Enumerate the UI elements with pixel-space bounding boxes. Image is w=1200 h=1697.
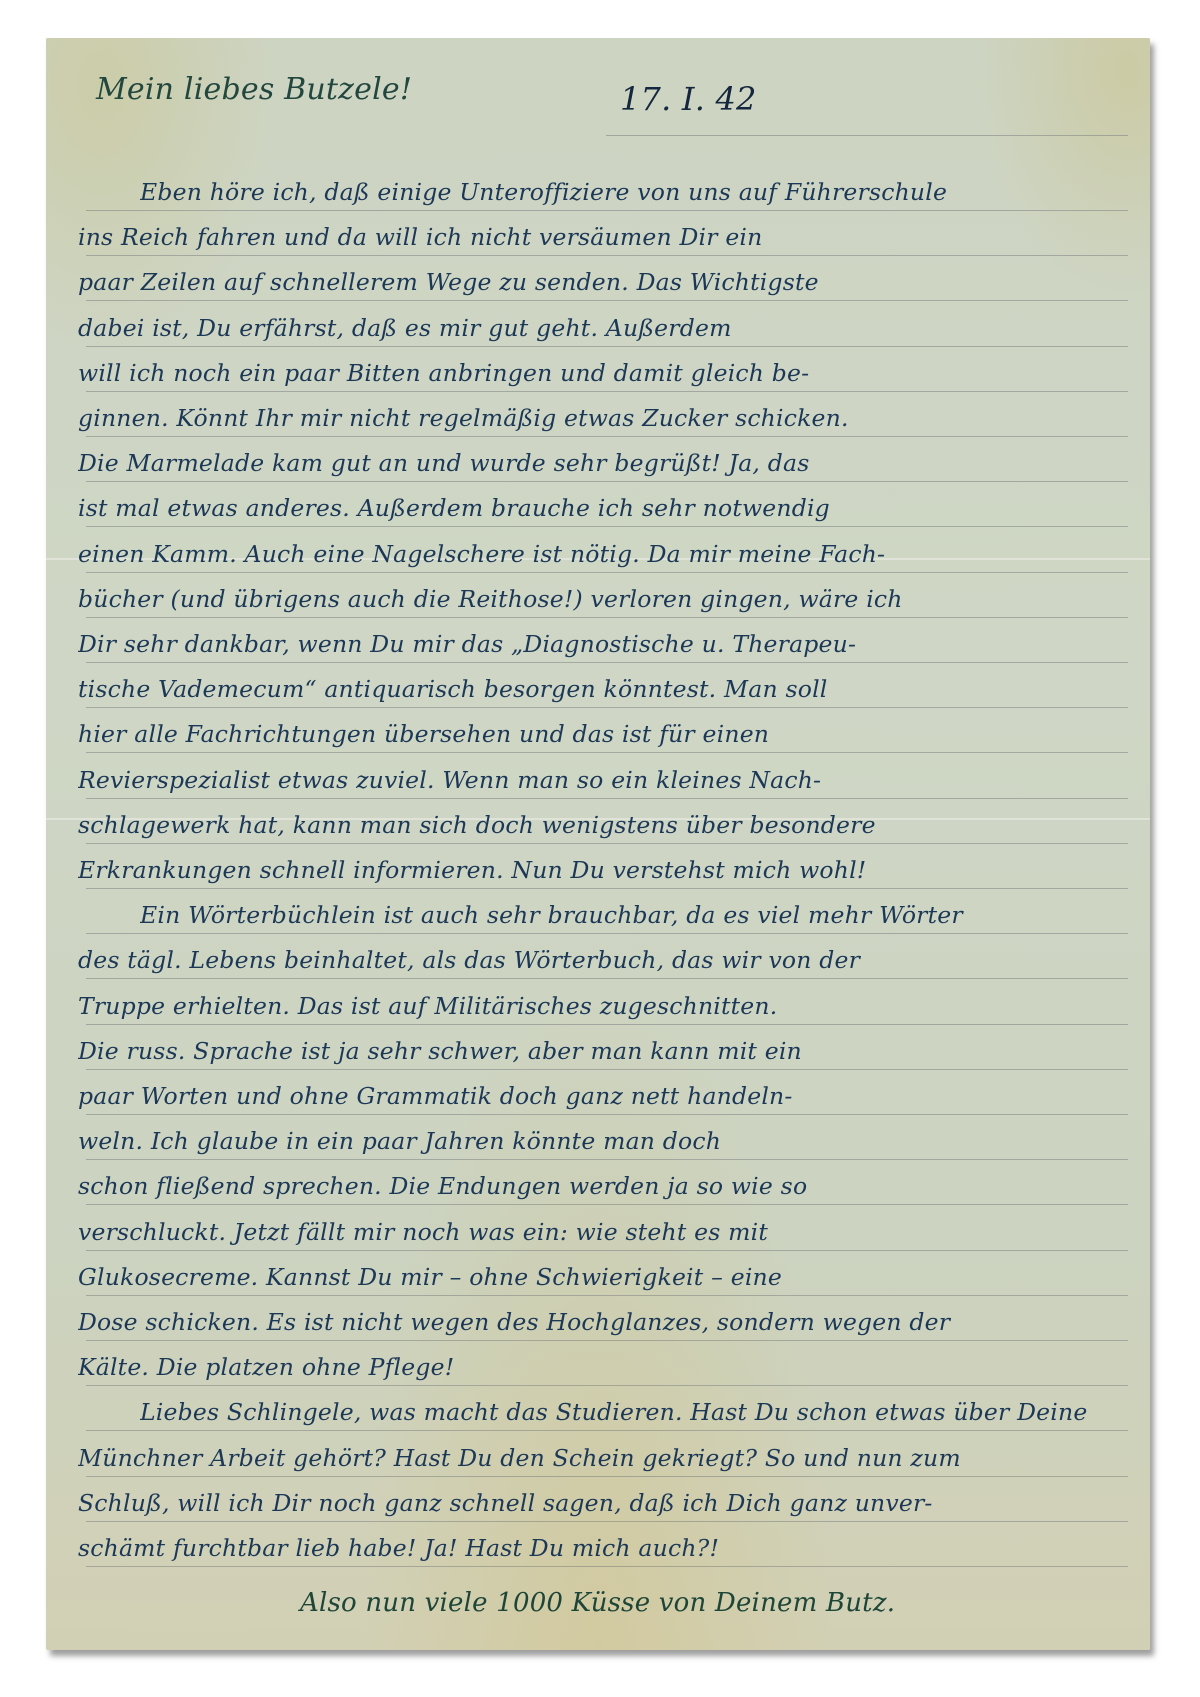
letter-line: schämt furchtbar lieb habe! Ja! Hast Du …: [78, 1534, 1118, 1562]
ruled-line: [86, 210, 1128, 211]
letter-date: 17. I. 42: [620, 80, 757, 118]
ruled-line: [86, 346, 1128, 347]
ruled-line: [86, 752, 1128, 753]
ruled-line: [86, 572, 1128, 573]
letter-line: will ich noch ein paar Bitten anbringen …: [78, 359, 1118, 387]
letter-signature: Also nun viele 1000 Küsse von Deinem But…: [300, 1588, 895, 1618]
ruled-line: [86, 436, 1128, 437]
ruled-line: [86, 1566, 1128, 1567]
ruled-line: [86, 255, 1128, 256]
letter-line: Liebes Schlingele, was macht das Studier…: [140, 1398, 1120, 1426]
ruled-line: [86, 526, 1128, 527]
ruled-line: [86, 662, 1128, 663]
ruled-line: [86, 1385, 1128, 1386]
letter-line: Revierspezialist etwas zuviel. Wenn man …: [78, 766, 1118, 794]
ruled-line: [86, 1340, 1128, 1341]
letter-line: Schluß, will ich Dir noch ganz schnell s…: [78, 1489, 1118, 1517]
letter-line: tische Vademecum“ antiquarisch besorgen …: [78, 675, 1118, 703]
letter-greeting: Mein liebes Butzele!: [96, 72, 412, 107]
letter-line: Erkrankungen schnell informieren. Nun Du…: [78, 856, 1118, 884]
letter-line: ginnen. Könnt Ihr mir nicht regelmäßig e…: [78, 404, 1118, 432]
ruled-line: [86, 391, 1128, 392]
letter-line: bücher (und übrigens auch die Reithose!)…: [78, 585, 1118, 613]
letter-line: Die Marmelade kam gut an und wurde sehr …: [78, 449, 1118, 477]
letter-line: weln. Ich glaube in ein paar Jahren könn…: [78, 1127, 1118, 1155]
ruled-line: [86, 888, 1128, 889]
ruled-line: [86, 843, 1128, 844]
ruled-line: [86, 1295, 1128, 1296]
letter-line: schlagewerk hat, kann man sich doch weni…: [78, 811, 1118, 839]
ruled-line: [86, 481, 1128, 482]
ruled-line: [86, 798, 1128, 799]
ruled-line: [86, 1069, 1128, 1070]
letter-line: schon fließend sprechen. Die Endungen we…: [78, 1172, 1118, 1200]
ruled-line: [86, 300, 1128, 301]
ruled-line: [86, 1250, 1128, 1251]
letter-line: Die russ. Sprache ist ja sehr schwer, ab…: [78, 1037, 1118, 1065]
ruled-line: [86, 617, 1128, 618]
letter-line: Ein Wörterbüchlein ist auch sehr brauchb…: [140, 901, 1120, 929]
letter-line: dabei ist, Du erfährst, daß es mir gut g…: [78, 314, 1118, 342]
letter-line: ist mal etwas anderes. Außerdem brauche …: [78, 494, 1118, 522]
letter-line: Eben höre ich, daß einige Unteroffiziere…: [140, 178, 1120, 206]
ruled-line: [86, 1521, 1128, 1522]
ruled-line: [86, 1114, 1128, 1115]
ruled-line: [86, 1204, 1128, 1205]
letter-line: Dir sehr dankbar, wenn Du mir das „Diagn…: [78, 630, 1118, 658]
letter-line: Truppe erhielten. Das ist auf Militärisc…: [78, 992, 1118, 1020]
letter-line: ins Reich fahren und da will ich nicht v…: [78, 223, 1118, 251]
letter-line: des tägl. Lebens beinhaltet, als das Wör…: [78, 946, 1118, 974]
letter-line: Dose schicken. Es ist nicht wegen des Ho…: [78, 1308, 1118, 1336]
letter-line: paar Worten und ohne Grammatik doch ganz…: [78, 1082, 1118, 1110]
ruled-line: [86, 1476, 1128, 1477]
letter-line: hier alle Fachrichtungen übersehen und d…: [78, 720, 1118, 748]
ruled-line: [86, 707, 1128, 708]
ruled-line: [86, 1430, 1128, 1431]
ruled-line: [606, 135, 1128, 136]
letter-line: Kälte. Die platzen ohne Pflege!: [78, 1353, 1118, 1381]
ruled-line: [86, 1024, 1128, 1025]
letter-line: paar Zeilen auf schnellerem Wege zu send…: [78, 268, 1118, 296]
ruled-line: [86, 1159, 1128, 1160]
letter-line: verschluckt. Jetzt fällt mir noch was ei…: [78, 1218, 1118, 1246]
ruled-line: [86, 933, 1128, 934]
letter-line: einen Kamm. Auch eine Nagelschere ist nö…: [78, 540, 1118, 568]
letter-line: Münchner Arbeit gehört? Hast Du den Sche…: [78, 1444, 1118, 1472]
ruled-line: [86, 978, 1128, 979]
letter-line: Glukosecreme. Kannst Du mir – ohne Schwi…: [78, 1263, 1118, 1291]
